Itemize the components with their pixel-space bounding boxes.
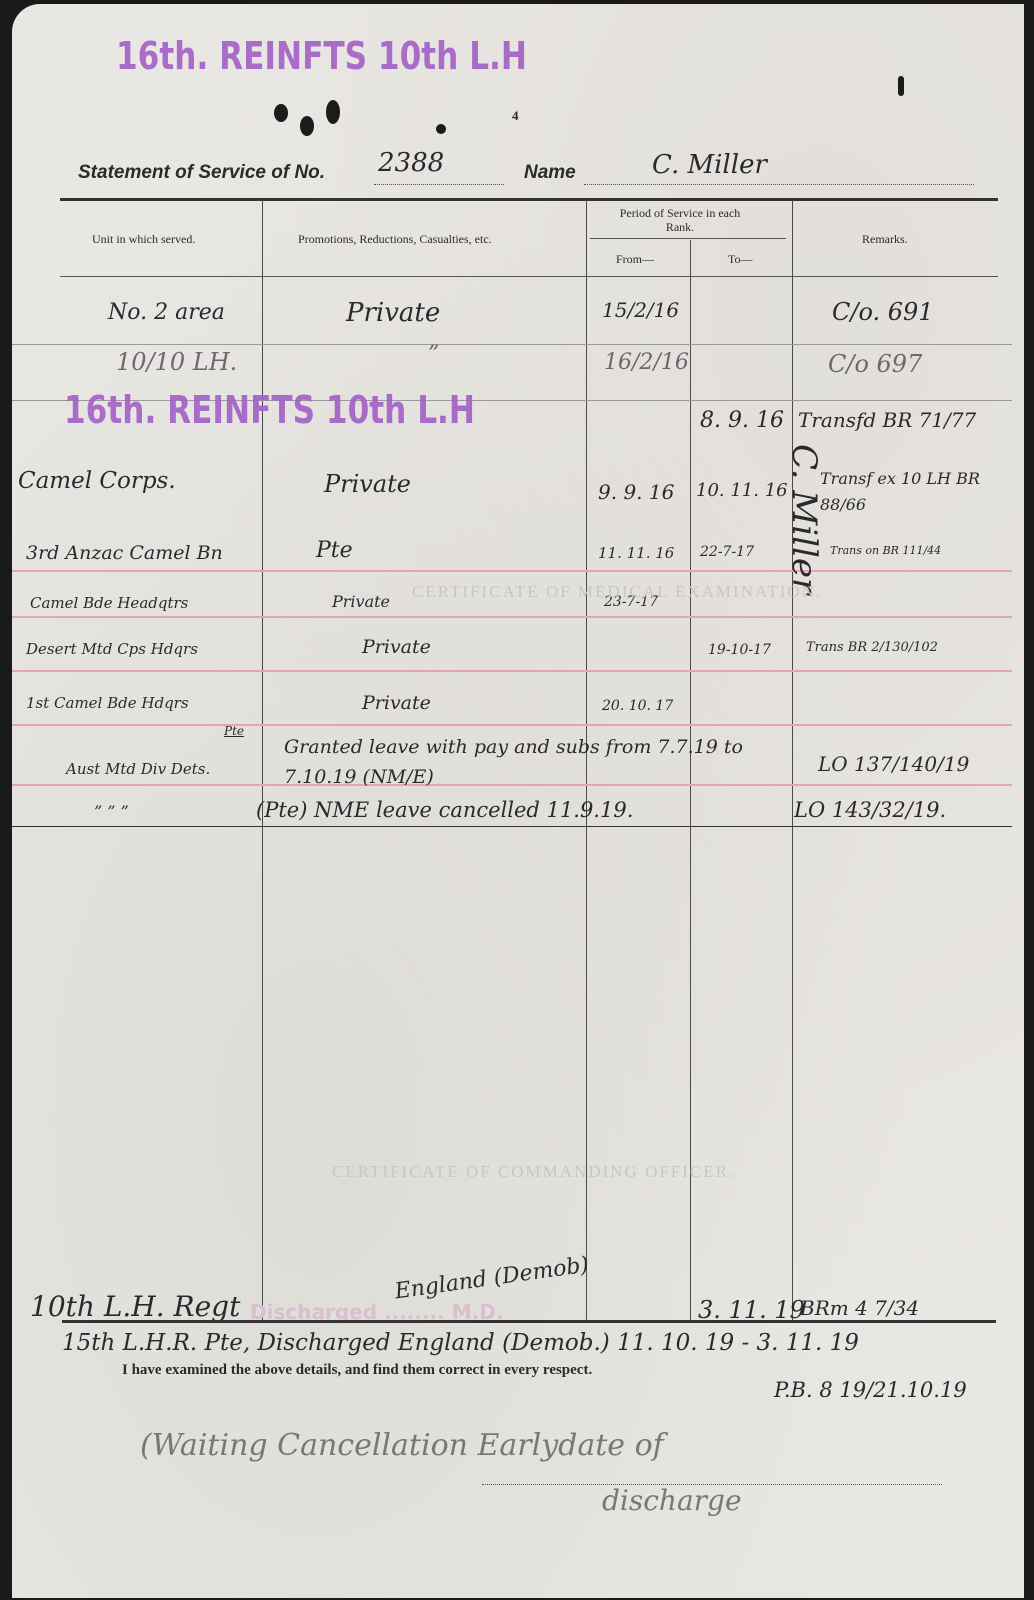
ink-blot <box>274 104 288 122</box>
pencil-note-continued: discharge <box>602 1484 742 1517</box>
row-remarks: Trans on BR 111/44 <box>830 544 941 557</box>
row-unit: 10th L.H. Regt <box>30 1290 240 1323</box>
row-promotion: Pte <box>316 538 353 563</box>
row-from: 20. 10. 17 <box>602 698 673 714</box>
column-divider <box>262 200 263 1320</box>
pencil-note: (Waiting Cancellation Earlydate of <box>140 1428 664 1463</box>
statement-label: Statement of Service of No. <box>78 162 325 184</box>
row-from: 16/2/16 <box>604 350 689 375</box>
show-through-text: CERTIFICATE OF COMMANDING OFFICER. <box>332 1162 735 1182</box>
ink-mark <box>898 76 904 96</box>
certification-initials: P.B. 8 19/21.10.19 <box>774 1378 967 1402</box>
row-promotion: (Pte) NME leave cancelled 11.9.19. <box>256 798 633 822</box>
row-promotion: Private <box>324 470 411 498</box>
row-to: 22-7-17 <box>700 544 754 560</box>
entries-end-rule <box>12 826 1012 827</box>
row-remarks: LO 143/32/19. <box>794 798 946 822</box>
col-header-unit: Unit in which served. <box>92 232 195 247</box>
unit-stamp-row: 16th. REINFTS 10th L.H <box>64 388 475 432</box>
row-remarks: Transf ex 10 LH BR 88/66 <box>820 466 1000 518</box>
col-header-promotions: Promotions, Reductions, Casualties, etc. <box>298 232 492 247</box>
row-rule <box>12 344 1012 345</box>
row-from: 15/2/16 <box>602 298 679 322</box>
col-header-to: To— <box>728 252 753 267</box>
period-subrule <box>590 238 786 239</box>
row-unit: Aust Mtd Div Dets. <box>66 760 210 778</box>
margin-signature: C. Miller <box>784 444 824 594</box>
number-field-line <box>374 184 504 185</box>
unit-stamp-top: 16th. REINFTS 10th L.H <box>116 34 527 78</box>
name-value: C. Miller <box>652 150 767 180</box>
row-remarks: C/o. 691 <box>832 298 934 326</box>
row-promotion: Private <box>346 298 440 328</box>
page-number: 4 <box>512 108 519 124</box>
service-number: 2388 <box>378 148 444 178</box>
row-unit: 1st Camel Bde Hdqrs <box>26 694 189 712</box>
red-rule <box>12 724 1012 726</box>
service-record-page: 16th. REINFTS 10th L.H 4 Statement of Se… <box>12 4 1024 1598</box>
row-unit: Camel Bde Headqtrs <box>30 594 188 612</box>
row-remarks: C/o 697 <box>828 350 922 378</box>
row-remarks: Trans BR 2/130/102 <box>806 640 938 655</box>
row-promotion: ” <box>428 342 439 367</box>
row-promotion-prefix: Pte <box>224 724 244 738</box>
final-discharge-entry: 15th L.H.R. Pte, Discharged England (Dem… <box>62 1330 859 1356</box>
row-unit: Camel Corps. <box>18 468 176 494</box>
row-from: 9. 9. 16 <box>598 480 674 504</box>
row-from: 11. 11. 16 <box>598 544 674 562</box>
row-to: 19-10-17 <box>708 642 771 658</box>
row-promotion: Granted leave with pay and subs from 7.7… <box>284 732 764 792</box>
header-bottom-rule <box>60 276 998 277</box>
name-field-line <box>584 184 974 185</box>
certification-statement: I have examined the above details, and f… <box>122 1362 592 1379</box>
row-remarks: LO 137/140/19 <box>818 752 969 776</box>
ink-blot <box>436 124 446 134</box>
row-to: 8. 9. 16 <box>700 408 784 433</box>
red-rule <box>12 570 1012 572</box>
row-unit: 3rd Anzac Camel Bn <box>26 542 223 564</box>
table-top-rule <box>60 198 998 201</box>
row-unit: Desert Mtd Cps Hdqrs <box>26 640 198 658</box>
row-promotion: England (Demob) <box>393 1253 590 1305</box>
row-remarks: BRm 4 7/34 <box>800 1296 919 1320</box>
row-to: 10. 11. 16 <box>696 480 788 501</box>
row-promotion: Private <box>362 636 431 658</box>
row-promotion: Private <box>362 692 431 714</box>
row-unit: No. 2 area <box>108 300 225 325</box>
name-label: Name <box>524 162 576 184</box>
row-promotion: Private <box>332 592 390 611</box>
row-unit: 10/10 LH. <box>116 348 237 376</box>
ink-blot <box>326 100 340 124</box>
col-header-period: Period of Service in each Rank. <box>610 206 750 234</box>
row-unit: ” ” ” <box>94 802 129 821</box>
column-divider <box>792 200 793 1320</box>
row-remarks: Transfd BR 71/77 <box>798 408 976 432</box>
col-header-from: From— <box>616 252 654 267</box>
ink-blot <box>300 116 314 136</box>
table-bottom-rule <box>62 1320 996 1323</box>
red-rule <box>12 616 1012 618</box>
show-through-text: CERTIFICATE OF MEDICAL EXAMINATION. <box>412 582 822 602</box>
red-rule <box>12 670 1012 672</box>
col-header-remarks: Remarks. <box>862 232 908 247</box>
